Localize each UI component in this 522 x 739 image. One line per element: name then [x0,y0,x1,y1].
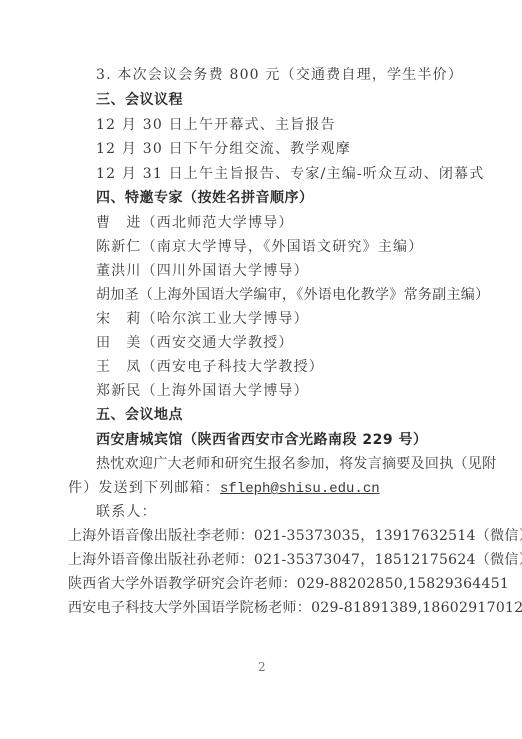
expert-item: 田 美（西安交通大学教授） [96,334,294,352]
venue: 西安唐城宾馆（陕西省西安市含光路南段 229 号） [96,431,427,449]
email-link[interactable]: sfleph@shisu.edu.cn [220,481,380,497]
invite-line-2: 件）发送到下列邮箱：sfleph@shisu.edu.cn [68,479,380,498]
contact-item: 上海外语音像出版社孙老师：021-35373047，18512175624（微信… [68,551,522,569]
agenda-item: 12 月 31 日上午主旨报告、专家/主编-听众互动、闭幕式 [96,165,484,183]
invite-line: 热忱欢迎广大老师和研究生报名参加，将发言摘要及回执（见附 [96,455,496,473]
contact-item: 上海外语音像出版社李老师：021-35373035，13917632514（微信… [68,527,522,545]
expert-item: 董洪川（四川外国语大学博导） [96,262,309,280]
expert-item: 陈新仁（南京大学博导，《外国语文研究》主编） [96,238,423,256]
expert-item: 曹 进（西北师范大学博导） [96,214,294,232]
contacts-label: 联系人： [96,503,157,521]
expert-item: 王 凤（西安电子科技大学教授） [96,358,324,376]
fee-line: 3. 本次会议会务费 800 元（交通费自理，学生半价） [96,66,463,84]
expert-item: 胡加圣（上海外国语大学编审，《外语电化教学》常务副主编） [96,286,489,304]
section3-title: 三、会议议程 [96,91,183,109]
expert-item: 宋 莉（哈尔滨工业大学博导） [96,310,309,328]
contact-item: 西安电子科技大学外国语学院杨老师：029-81891389,1860291701… [68,599,522,617]
invite-prefix: 件）发送到下列邮箱： [68,480,220,496]
agenda-item: 12 月 30 日下午分组交流、教学观摩 [96,140,351,158]
agenda-item: 12 月 30 日上午开幕式、主旨报告 [96,116,336,134]
section5-title: 五、会议地点 [96,406,183,424]
contact-item: 陕西省大学外语教学研究会许老师：029-88202850,15829364451 [68,575,509,593]
page-number: 2 [258,660,266,674]
expert-item: 郑新民（上海外国语大学博导） [96,382,309,400]
section4-title: 四、特邀专家（按姓名拼音顺序） [96,189,314,207]
